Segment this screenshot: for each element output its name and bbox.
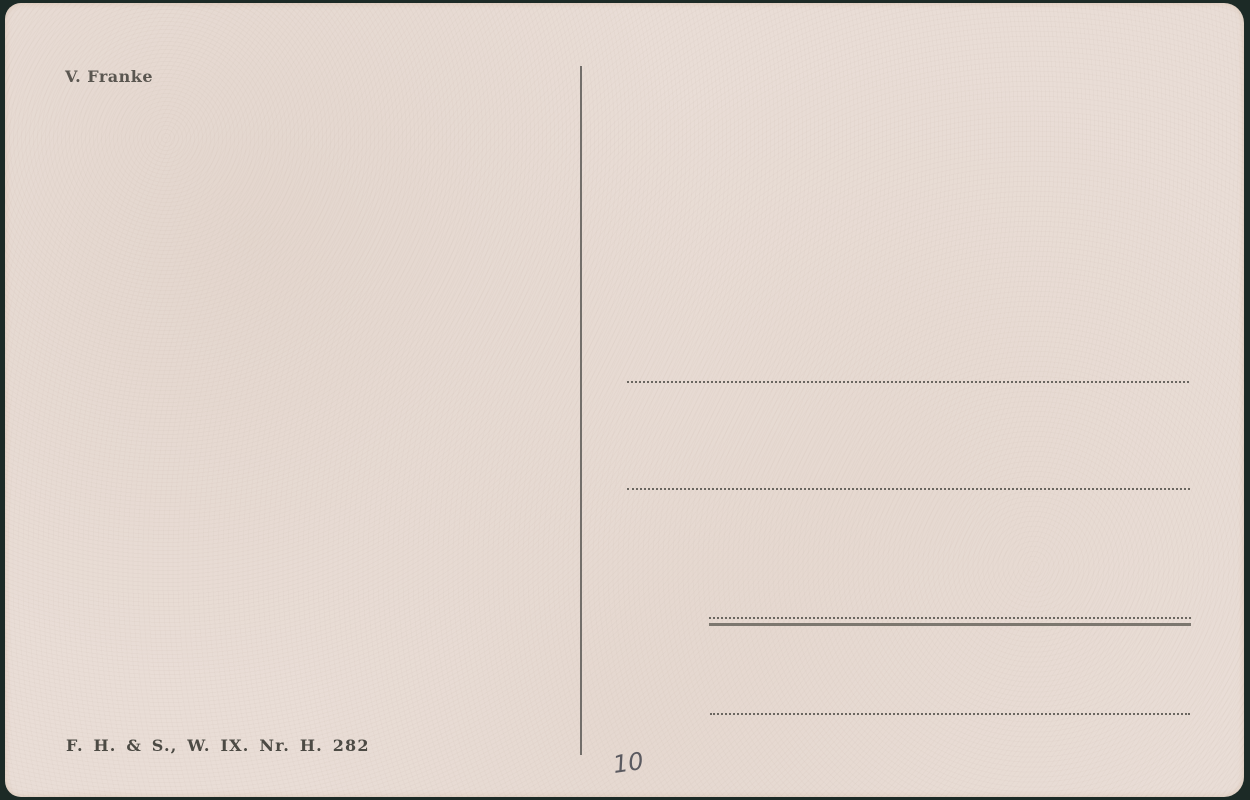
address-line-3 [709, 617, 1191, 619]
address-line-4 [710, 713, 1190, 715]
publisher-name: V. Franke [65, 67, 153, 86]
handwritten-note: 10 [611, 747, 645, 779]
message-address-divider [580, 66, 582, 755]
postcard-back: V. Franke F. H. & S., W. IX. Nr. H. 282 … [5, 3, 1244, 797]
address-line-1 [627, 381, 1189, 383]
print-code: F. H. & S., W. IX. Nr. H. 282 [66, 736, 370, 755]
address-line-2 [627, 488, 1190, 490]
address-line-3-underline [709, 623, 1191, 626]
